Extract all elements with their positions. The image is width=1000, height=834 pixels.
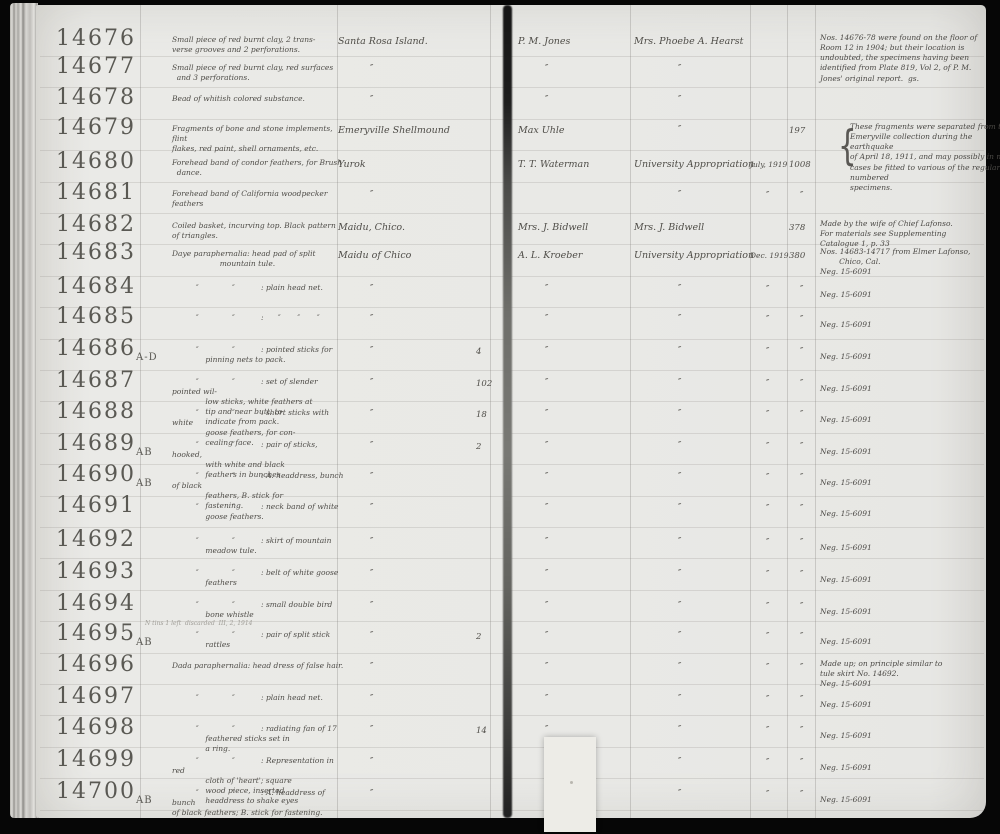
accession-number-group: 14687 (56, 368, 136, 393)
accession-number: 14690 (56, 462, 136, 487)
item-description: ″ ″ : skirt of mountain meadow tule. (172, 536, 344, 556)
remarks: Neg. 15-6091 (820, 607, 988, 617)
accession-number: 14693 (56, 559, 136, 584)
donor-name: ″ (678, 631, 681, 641)
quantity: 14 (476, 726, 487, 736)
item-description: ″ ″ : plain head net. (172, 283, 344, 293)
remarks: Neg. 15-6091 (820, 575, 988, 585)
catalogue-number: ″ (800, 663, 803, 673)
accession-number: 14683 (56, 240, 136, 265)
donor-name: ″ (678, 662, 681, 672)
accession-number-group: 14684 (56, 274, 136, 299)
remarks: Nos. 14683-14717 from Elmer Lafonso, Chi… (820, 247, 988, 277)
date: ″ (766, 379, 769, 389)
item-description: ″ ″ : plain head net. (172, 693, 344, 703)
remarks: Neg. 15-6091 (820, 637, 988, 647)
date: ″ (766, 602, 769, 612)
accession-number-group: 14676 (56, 26, 136, 51)
accession-number-group: 14682 (56, 212, 136, 237)
accession-number: 14695 (56, 621, 136, 646)
item-description: ″ ″ : A. headdress of bunch of black fea… (172, 788, 344, 818)
item-description: ″ ″ : neck band of white goose feathers. (172, 502, 344, 522)
accession-number-group: 14688 (56, 399, 136, 424)
donor-name: ″ (678, 537, 681, 547)
date: ″ (766, 695, 769, 705)
collector-name: ″ (545, 472, 548, 482)
donor-name: ″ (678, 725, 681, 735)
catalogue-number: 378 (789, 223, 805, 233)
date: ″ (766, 504, 769, 514)
locality: ″ (370, 503, 373, 513)
accession-number: 14691 (56, 493, 136, 518)
catalogue-number: ″ (800, 602, 803, 612)
paper-slip (544, 737, 596, 832)
remarks: Neg. 15-6091 (820, 763, 988, 773)
date: ″ (766, 758, 769, 768)
accession-number: 14698 (56, 715, 136, 740)
accession-number: 14679 (56, 115, 136, 140)
donor-name: ″ (678, 284, 681, 294)
locality: ″ (370, 694, 373, 704)
locality: Maidu of Chico (338, 250, 411, 261)
remarks: Neg. 15-6091 (820, 415, 988, 425)
locality: ″ (370, 662, 373, 672)
accession-number-group: 14699 (56, 747, 136, 772)
catalogue-number: ″ (800, 442, 803, 452)
accession-number: 14699 (56, 747, 136, 772)
date: July, 1919 (750, 160, 787, 169)
locality: ″ (370, 284, 373, 294)
catalogue-number: ″ (800, 504, 803, 514)
catalogue-number: ″ (800, 538, 803, 548)
catalogue-number: ″ (800, 632, 803, 642)
accession-suffix: AB (136, 447, 153, 458)
remarks: Nos. 14676-78 were found on the floor of… (820, 33, 988, 84)
accession-number: 14687 (56, 368, 136, 393)
accession-number: 14696 (56, 652, 136, 677)
donor-name: ″ (678, 64, 681, 74)
quantity: 18 (476, 410, 487, 420)
date: ″ (766, 191, 769, 201)
date: ″ (766, 663, 769, 673)
donor-name: University Appropriation (634, 250, 754, 261)
locality: ″ (370, 378, 373, 388)
remarks: Neg. 15-6091 (820, 290, 988, 300)
accession-number-group: 14686A-D (56, 336, 158, 361)
locality: ″ (370, 789, 373, 799)
remarks: Neg. 15-6091 (820, 543, 988, 553)
accession-number-group: 14696 (56, 652, 136, 677)
date: ″ (766, 315, 769, 325)
accession-number: 14678 (56, 85, 136, 110)
accession-number: 14685 (56, 304, 136, 329)
collector-name: ″ (545, 409, 548, 419)
item-description: ″ ″ : belt of white goose feathers (172, 568, 344, 588)
remarks: Neg. 15-6091 (820, 509, 988, 519)
collector-name: P. M. Jones (518, 36, 570, 47)
collector-name: Max Uhle (518, 125, 565, 136)
remarks: Neg. 15-6091 (820, 384, 988, 394)
item-description: Dada paraphernalia: head dress of false … (172, 661, 344, 671)
donor-name: ″ (678, 757, 681, 767)
locality: Santa Rosa Island. (338, 36, 428, 47)
accession-number: 14676 (56, 26, 136, 51)
item-description: Coiled basket, incurving top. Black patt… (172, 221, 344, 241)
accession-number: 14684 (56, 274, 136, 299)
accession-number: 14697 (56, 684, 136, 709)
locality: ″ (370, 569, 373, 579)
donor-name: ″ (678, 346, 681, 356)
locality: Emeryville Shellmound (338, 125, 450, 136)
catalogue-number: ″ (800, 790, 803, 800)
pencil-annotation: N tins 1 left discarded III, 2, 1914 (145, 620, 253, 627)
accession-number: 14688 (56, 399, 136, 424)
collector-name: ″ (545, 725, 548, 735)
item-description: Forehead band of condor feathers, for Br… (172, 158, 344, 178)
accession-number-group: 14700AB (56, 779, 153, 804)
collector-name: ″ (545, 601, 548, 611)
accession-number-group: 14691 (56, 493, 136, 518)
date: ″ (766, 790, 769, 800)
accession-suffix: AB (136, 795, 153, 806)
accession-number-group: 14680 (56, 149, 136, 174)
donor-name: ″ (678, 789, 681, 799)
locality: ″ (370, 472, 373, 482)
quantity: 102 (476, 379, 492, 389)
collector-name: ″ (545, 662, 548, 672)
collector-name: Mrs. J. Bidwell (518, 222, 588, 233)
accession-number: 14692 (56, 527, 136, 552)
accession-number-group: 14693 (56, 559, 136, 584)
donor-name: ″ (678, 569, 681, 579)
accession-number-group: 14683 (56, 240, 136, 265)
item-description: ″ ″ : ″ ″ ″ (172, 313, 344, 323)
accession-number-group: 14679 (56, 115, 136, 140)
collector-name: ″ (545, 378, 548, 388)
locality: ″ (370, 631, 373, 641)
remarks: Neg. 15-6091 (820, 352, 988, 362)
date: ″ (766, 538, 769, 548)
remarks: Made up; on principle similar to tule sk… (820, 659, 988, 689)
donor-name: ″ (678, 601, 681, 611)
date: ″ (766, 410, 769, 420)
item-description: ″ ″ : small double bird bone whistle (172, 600, 344, 620)
catalogue-number: ″ (800, 410, 803, 420)
donor-name: ″ (678, 503, 681, 513)
locality: ″ (370, 725, 373, 735)
donor-name: ″ (678, 95, 681, 105)
catalogue-number: ″ (800, 726, 803, 736)
collector-name: T. T. Waterman (518, 159, 589, 170)
item-description: Forehead band of California woodpecker f… (172, 189, 344, 209)
accession-suffix: AB (136, 478, 153, 489)
ledger-scan: 14676Small piece of red burnt clay, 2 tr… (0, 0, 1000, 834)
accession-number-group: 14690AB (56, 462, 153, 487)
date: ″ (766, 632, 769, 642)
collector-name: ″ (545, 694, 548, 704)
quantity: 2 (476, 632, 481, 642)
accession-number: 14680 (56, 149, 136, 174)
catalogue-number: ″ (800, 473, 803, 483)
item-description: ″ ″ : pair of split stick rattles (172, 630, 344, 650)
accession-suffix: A-D (136, 352, 158, 363)
item-description: ″ ″ : pointed sticks for pinning nets to… (172, 345, 344, 365)
remarks: Neg. 15-6091 (820, 478, 988, 488)
remarks: Neg. 15-6091 (820, 731, 988, 741)
date: Dec. 1919 (750, 251, 789, 260)
accession-number: 14689 (56, 431, 136, 456)
accession-number: 14700 (56, 779, 136, 804)
accession-number-group: 14685 (56, 304, 136, 329)
remarks: Neg. 15-6091 (820, 447, 988, 457)
catalogue-number: ″ (800, 570, 803, 580)
locality: ″ (370, 409, 373, 419)
catalogue-number: ″ (800, 347, 803, 357)
donor-name: ″ (678, 378, 681, 388)
locality: ″ (370, 95, 373, 105)
item-description: Small piece of red burnt clay, 2 trans- … (172, 35, 344, 55)
locality: ″ (370, 441, 373, 451)
collector-name: ″ (545, 64, 548, 74)
accession-suffix: AB (136, 637, 153, 648)
collector-name: ″ (545, 503, 548, 513)
date: ″ (766, 726, 769, 736)
accession-number-group: 14695AB (56, 621, 153, 646)
donor-name: Mrs. Phoebe A. Hearst (634, 36, 743, 47)
accession-number-group: 14694 (56, 591, 136, 616)
date: ″ (766, 285, 769, 295)
catalogue-number: 197 (789, 126, 805, 136)
accession-number-group: 14692 (56, 527, 136, 552)
collector-name: ″ (545, 95, 548, 105)
item-description: ″ ″ : radiating fan of 17 feathered stic… (172, 724, 344, 754)
accession-number: 14682 (56, 212, 136, 237)
accession-number: 14686 (56, 336, 136, 361)
collector-name: ″ (545, 284, 548, 294)
date: ″ (766, 347, 769, 357)
locality: ″ (370, 601, 373, 611)
item-description: Daye paraphernalia: head pad of split mo… (172, 249, 344, 269)
accession-number: 14681 (56, 180, 136, 205)
remarks: Neg. 15-6091 (820, 795, 988, 805)
locality: ″ (370, 190, 373, 200)
donor-name: ″ (678, 441, 681, 451)
catalogue-number: ″ (800, 695, 803, 705)
accession-number-group: 14681 (56, 180, 136, 205)
donor-name: Mrs. J. Bidwell (634, 222, 704, 233)
donor-name: ″ (678, 125, 681, 135)
remarks: Neg. 15-6091 (820, 320, 988, 330)
date: ″ (766, 442, 769, 452)
donor-name: ″ (678, 409, 681, 419)
accession-number-group: 14689AB (56, 431, 153, 456)
accession-number: 14677 (56, 54, 136, 79)
item-description: Fragments of bone and stone implements, … (172, 124, 344, 154)
accession-number-group: 14677 (56, 54, 136, 79)
collector-name: ″ (545, 441, 548, 451)
locality: ″ (370, 537, 373, 547)
catalogue-number: ″ (800, 758, 803, 768)
item-description: Bead of whitish colored substance. (172, 94, 344, 104)
remarks: Neg. 15-6091 (820, 700, 988, 710)
quantity: 2 (476, 442, 481, 452)
date: ″ (766, 570, 769, 580)
collector-name: ″ (545, 569, 548, 579)
locality: ″ (370, 314, 373, 324)
remarks: Made by the wife of Chief Lafonso. For m… (820, 219, 988, 249)
catalogue-number: ″ (800, 191, 803, 201)
accession-number: 14694 (56, 591, 136, 616)
collector-name: ″ (545, 314, 548, 324)
accession-number-group: 14698 (56, 715, 136, 740)
locality: Yurok (338, 159, 366, 170)
donor-name: ″ (678, 314, 681, 324)
accession-number-group: 14678 (56, 85, 136, 110)
collector-name: ″ (545, 346, 548, 356)
accession-number-group: 14697 (56, 684, 136, 709)
date: ″ (766, 473, 769, 483)
locality: ″ (370, 346, 373, 356)
locality: ″ (370, 757, 373, 767)
donor-name: ″ (678, 190, 681, 200)
brace-mark: { (838, 121, 857, 170)
catalogue-number: ″ (800, 379, 803, 389)
catalogue-number: ″ (800, 285, 803, 295)
collector-name: ″ (545, 631, 548, 641)
catalogue-number: 1008 (789, 160, 811, 170)
locality: Maidu, Chico. (338, 222, 405, 233)
donor-name: ″ (678, 694, 681, 704)
catalogue-number: 380 (789, 251, 805, 261)
quantity: 4 (476, 347, 481, 357)
item-description: Small piece of red burnt clay, red surfa… (172, 63, 344, 83)
ledger-rows: 14676Small piece of red burnt clay, 2 tr… (0, 0, 1000, 834)
collector-name: ″ (545, 537, 548, 547)
catalogue-number: ″ (800, 315, 803, 325)
collector-name: A. L. Kroeber (518, 250, 582, 261)
donor-name: University Appropriation (634, 159, 754, 170)
locality: ″ (370, 64, 373, 74)
donor-name: ″ (678, 472, 681, 482)
